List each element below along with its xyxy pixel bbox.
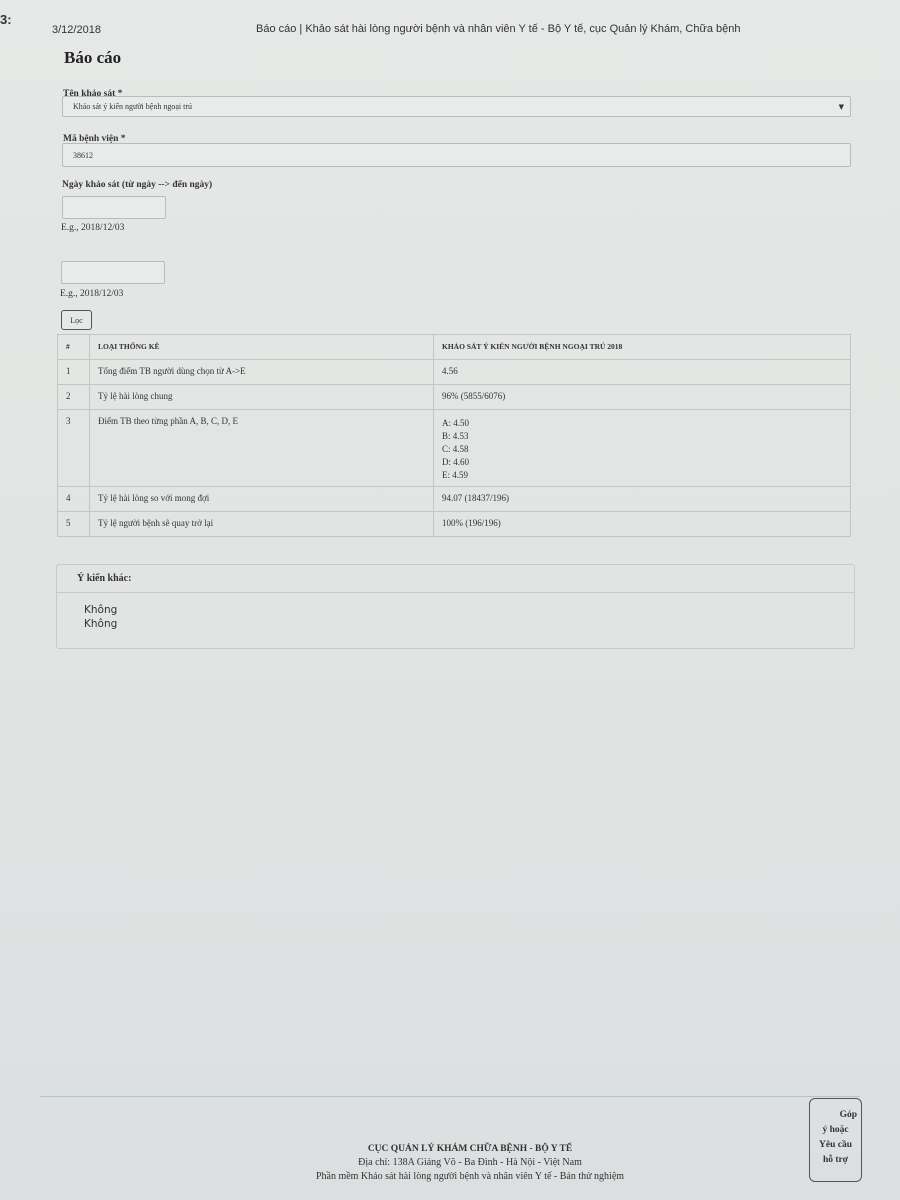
row-value: 94.07 (18437/196) <box>434 487 851 512</box>
stats-table: # LOẠI THỐNG KÊ KHẢO SÁT Ý KIẾN NGƯỜI BỆ… <box>57 334 851 537</box>
survey-name-select[interactable]: Khảo sát ý kiến người bệnh ngoại trú ▼ <box>62 96 851 117</box>
table-row: 5 Tỷ lệ người bệnh sẽ quay trở lại 100% … <box>58 512 851 537</box>
opinion-item: Không <box>84 603 854 617</box>
hospital-code-input[interactable]: 38612 <box>62 143 851 167</box>
footer-org: CỤC QUẢN LÝ KHÁM CHỮA BỆNH - BỘ Y TẾ <box>280 1142 660 1156</box>
date-to-hint: E.g., 2018/12/03 <box>60 289 123 299</box>
row-stat-type: Tỷ lệ người bệnh sẽ quay trở lại <box>90 512 434 537</box>
footer-divider <box>40 1096 860 1097</box>
support-label-line: Góp <box>810 1108 861 1123</box>
chevron-down-icon: ▼ <box>839 103 844 111</box>
date-from-hint: E.g., 2018/12/03 <box>61 223 124 233</box>
table-header-row: # LOẠI THỐNG KÊ KHẢO SÁT Ý KIẾN NGƯỜI BỆ… <box>58 335 851 360</box>
print-date: 3/12/2018 <box>52 24 101 36</box>
row-number: 2 <box>58 385 90 410</box>
section-score-c: C: 4.58 <box>442 443 842 456</box>
table-row: 3 Điểm TB theo từng phần A, B, C, D, E A… <box>58 410 851 487</box>
row-value: 96% (5855/6076) <box>434 385 851 410</box>
other-opinions-list: Không Không <box>57 593 854 631</box>
row-stat-type: Tỷ lệ hài lòng so với mong đợi <box>90 487 434 512</box>
footer-address: Địa chỉ: 138A Giảng Võ - Ba Đình - Hà Nộ… <box>280 1156 660 1170</box>
opinion-item: Không <box>84 617 854 631</box>
table-row: 4 Tỷ lệ hài lòng so với mong đợi 94.07 (… <box>58 487 851 512</box>
section-score-b: B: 4.53 <box>442 430 842 443</box>
feedback-support-button[interactable]: Góp ý hoặc Yêu cầu hỗ trợ <box>809 1098 862 1182</box>
row-number: 5 <box>58 512 90 537</box>
row-number: 4 <box>58 487 90 512</box>
support-label-line: ý hoặc <box>810 1123 861 1138</box>
footer-software: Phần mềm Khảo sát hài lòng người bệnh và… <box>280 1170 660 1184</box>
row-number: 3 <box>58 410 90 487</box>
page-title: Báo cáo <box>64 48 121 68</box>
survey-name-value: Khảo sát ý kiến người bệnh ngoại trú <box>73 102 192 111</box>
print-page-title: Báo cáo | Khảo sát hài lòng người bệnh v… <box>256 23 740 35</box>
row-value: A: 4.50 B: 4.53 C: 4.58 D: 4.60 E: 4.59 <box>434 410 851 487</box>
section-score-d: D: 4.60 <box>442 456 842 469</box>
header-number: # <box>58 335 90 360</box>
row-value: 100% (196/196) <box>434 512 851 537</box>
page-corner-mark: 3: <box>0 12 12 27</box>
table-row: 1 Tổng điểm TB người dùng chọn từ A->E 4… <box>58 360 851 385</box>
header-survey: KHẢO SÁT Ý KIẾN NGƯỜI BỆNH NGOẠI TRÚ 201… <box>434 335 851 360</box>
other-opinions-panel: Ý kiến khác: Không Không <box>56 564 855 649</box>
row-number: 1 <box>58 360 90 385</box>
section-score-e: E: 4.59 <box>442 469 842 482</box>
row-stat-type: Tổng điểm TB người dùng chọn từ A->E <box>90 360 434 385</box>
date-from-input[interactable] <box>62 196 166 219</box>
table-row: 2 Tỷ lệ hài lòng chung 96% (5855/6076) <box>58 385 851 410</box>
date-to-input[interactable] <box>61 261 165 284</box>
hospital-code-value: 38612 <box>73 151 93 160</box>
section-score-a: A: 4.50 <box>442 417 842 430</box>
other-opinions-title: Ý kiến khác: <box>57 565 854 593</box>
header-stat-type: LOẠI THỐNG KÊ <box>90 335 434 360</box>
survey-date-label: Ngày khảo sát (từ ngày --> đến ngày) <box>62 180 212 190</box>
footer: CỤC QUẢN LÝ KHÁM CHỮA BỆNH - BỘ Y TẾ Địa… <box>280 1142 660 1184</box>
row-value: 4.56 <box>434 360 851 385</box>
support-label-line: Yêu cầu <box>810 1138 861 1153</box>
filter-button[interactable]: Lọc <box>61 310 92 330</box>
row-stat-type: Tỷ lệ hài lòng chung <box>90 385 434 410</box>
support-label-line: hỗ trợ <box>810 1153 861 1168</box>
row-stat-type: Điểm TB theo từng phần A, B, C, D, E <box>90 410 434 487</box>
